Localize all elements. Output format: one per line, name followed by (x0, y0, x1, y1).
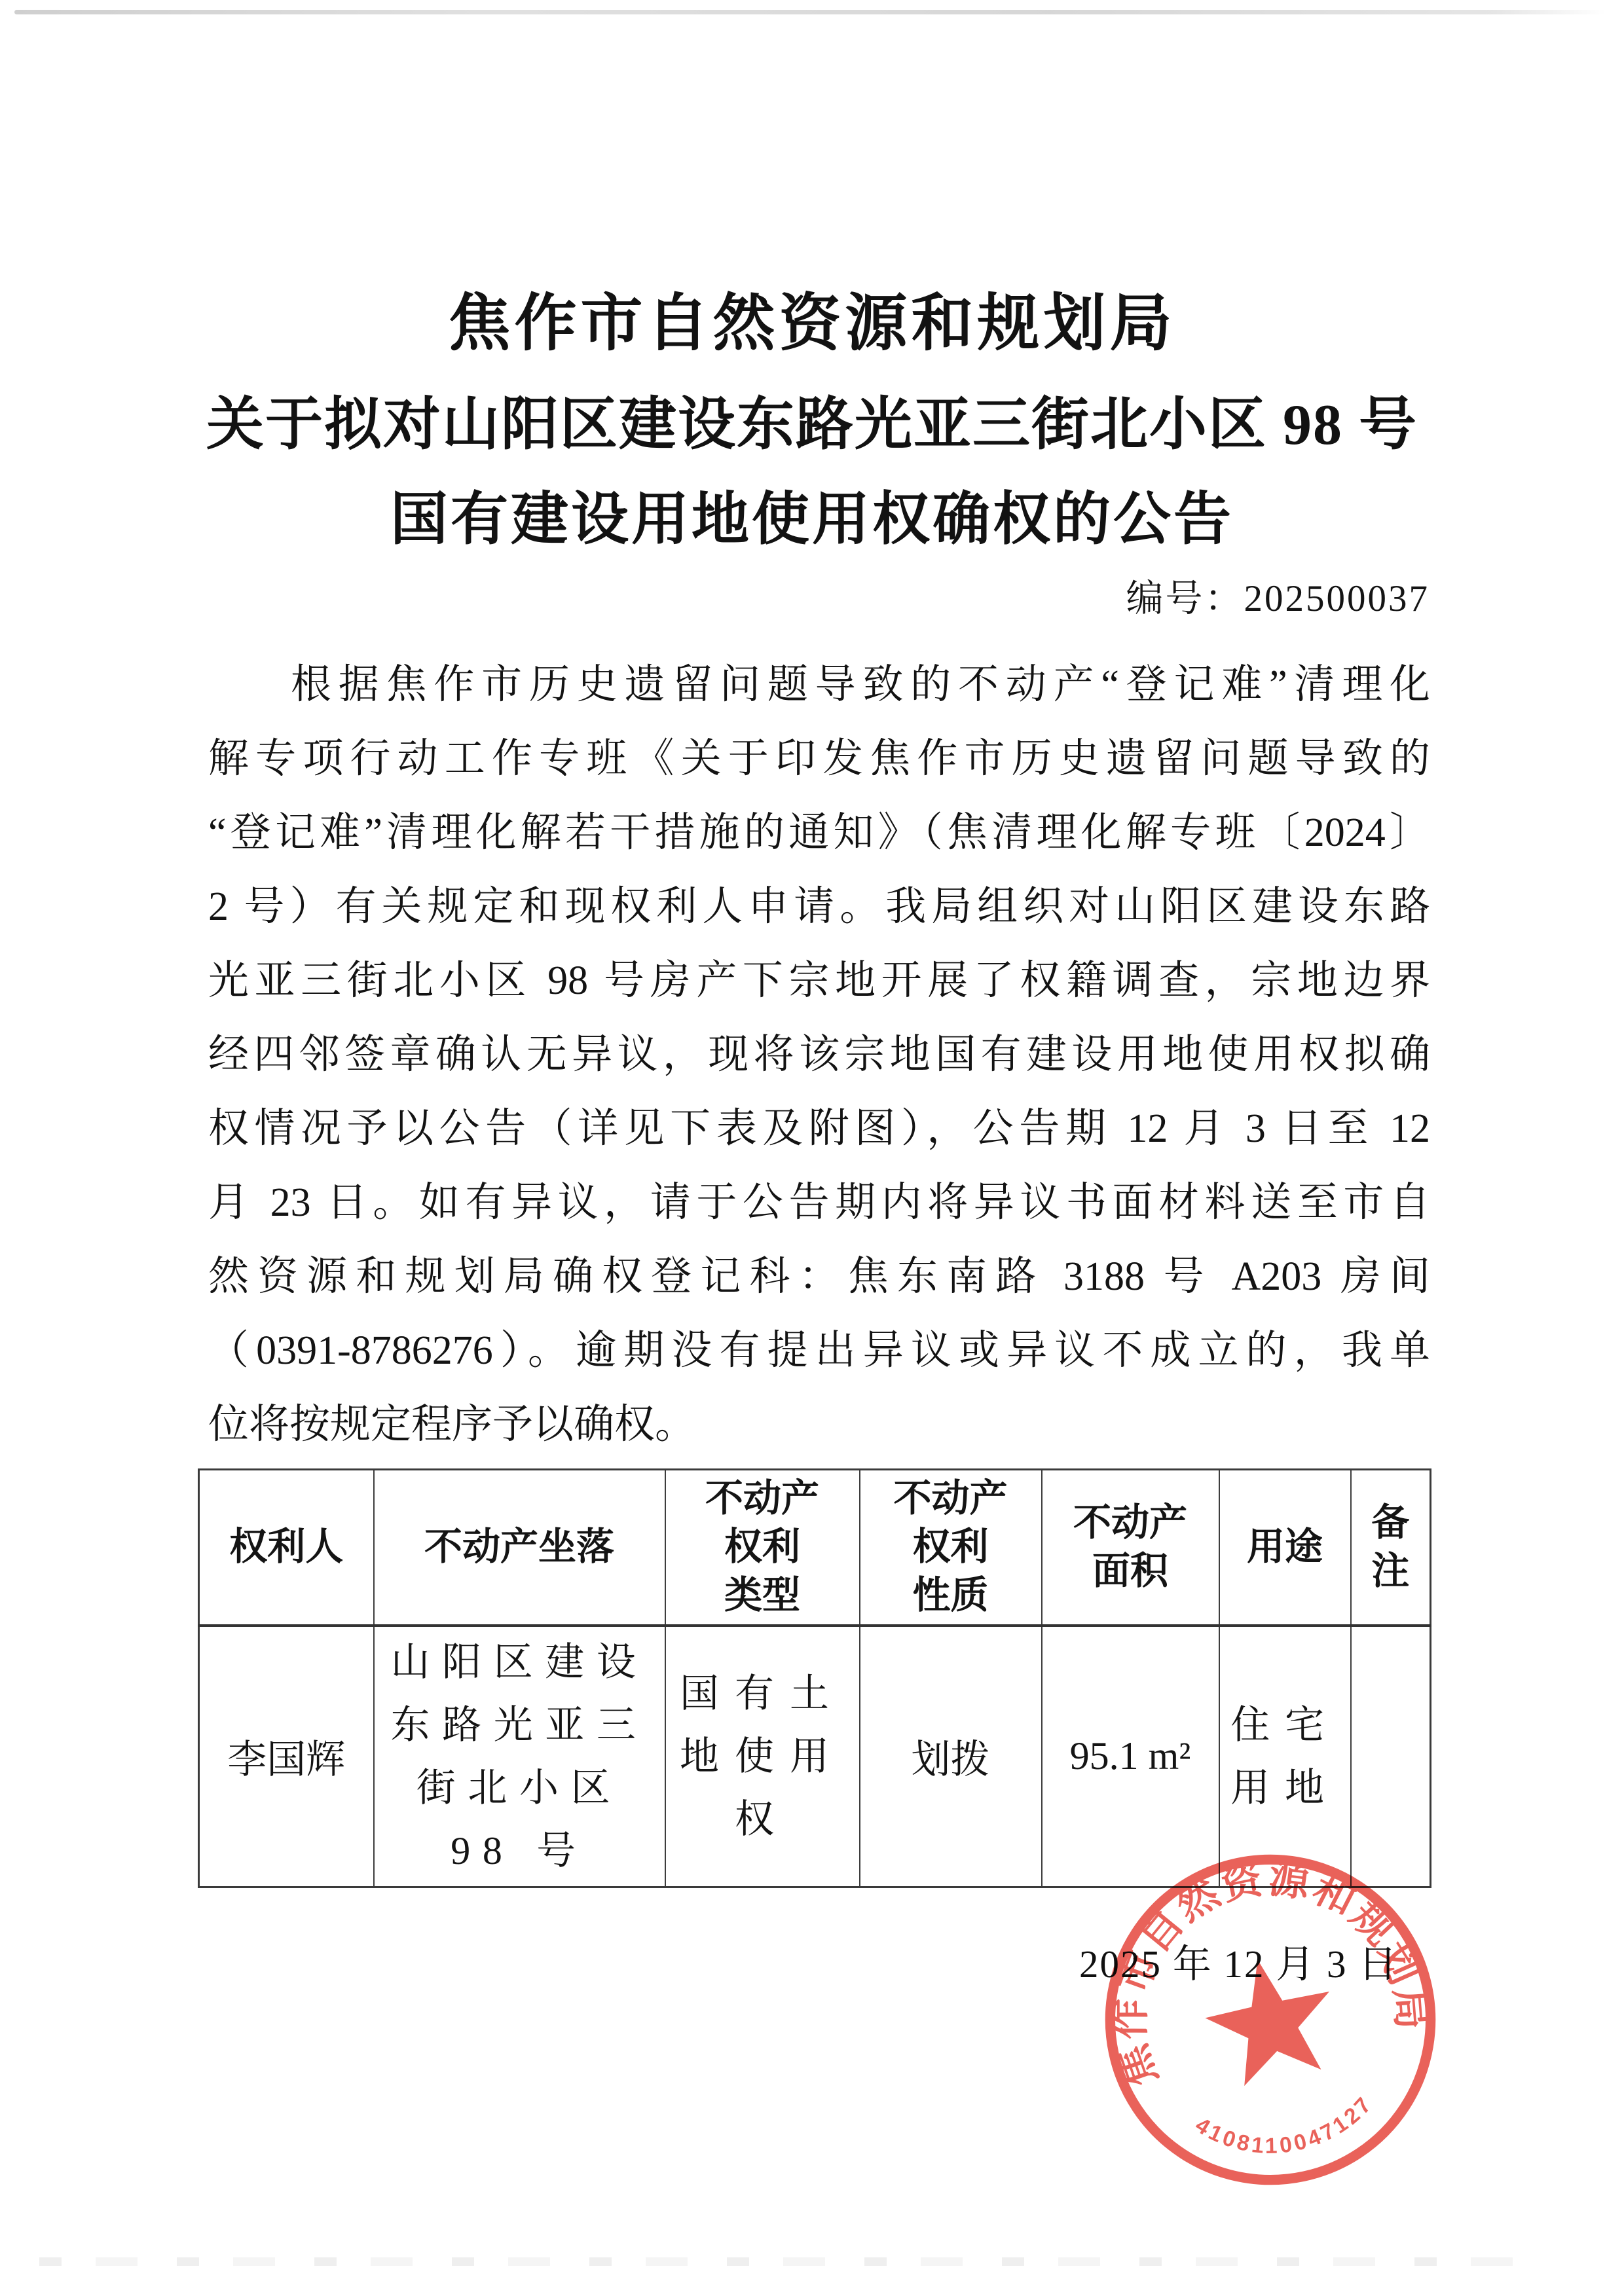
land-rights-table: 权利人 不动产坐落 不动产 权利 类型 不动产 权利 性质 不动产 面积 用途 … (198, 1468, 1431, 1888)
cell-property-location: 山阳区建设东路光亚三街北小区 98 号 (374, 1626, 665, 1887)
seal-star-icon (1196, 1946, 1345, 2091)
body-line: 经四邻签章确认无异议，现将该宗地国有建设用地使用权拟确 (208, 1018, 1430, 1092)
header-remarks: 备 注 (1351, 1470, 1431, 1626)
cell-right-nature: 划拨 (860, 1626, 1042, 1887)
announcement-body: 根据焦作市历史遗留问题导致的不动产“登记难”清理化 解专项行动工作专班《关于印发… (208, 648, 1430, 1462)
header-right-nature: 不动产 权利 性质 (860, 1470, 1042, 1626)
header-land-use: 用途 (1219, 1470, 1351, 1626)
header-property-location: 不动产坐落 (374, 1470, 665, 1626)
announcement-document-page: 焦作市自然资源和规划局 关于拟对山阳区建设东路光亚三街北小区 98 号 国有建设… (0, 0, 1624, 2296)
scan-artifact-bottom-noise (39, 2257, 1539, 2266)
header-right-holder: 权利人 (199, 1470, 374, 1626)
cell-right-type: 国有土地使用权 (665, 1626, 860, 1887)
body-line: 然资源和规划局确权登记科：焦东南路 3188 号 A203 房间 (208, 1240, 1430, 1314)
body-line: 月 23 日。如有异议，请于公告期内将异议书面材料送至市自 (208, 1166, 1430, 1240)
body-line: 位将按规定程序予以确权。 (208, 1388, 1430, 1462)
body-line: “登记难”清理化解若干措施的通知》（焦清理化解专班〔2024〕 (208, 796, 1430, 870)
table-header-row: 权利人 不动产坐落 不动产 权利 类型 不动产 权利 性质 不动产 面积 用途 … (199, 1470, 1431, 1626)
document-number: 编号：202500037 (1126, 568, 1430, 622)
header-property-area: 不动产 面积 (1042, 1470, 1219, 1626)
scan-artifact-top-line (14, 10, 1606, 14)
header-right-type: 不动产 权利 类型 (665, 1470, 860, 1626)
body-line: （0391-8786276）。逾期没有提出异议或异议不成立的，我单 (208, 1314, 1430, 1388)
body-line: 权情况予以公告（详见下表及附图），公告期 12 月 3 日至 12 (208, 1092, 1430, 1166)
document-title-type: 国有建设用地使用权确权的公告 (0, 473, 1624, 556)
body-line: 根据焦作市历史遗留问题导致的不动产“登记难”清理化 (208, 648, 1430, 722)
body-line: 2 号）有关规定和现权利人申请。我局组织对山阳区建设东路 (208, 870, 1430, 944)
cell-right-holder: 李国辉 (199, 1626, 374, 1887)
document-title-subject: 关于拟对山阳区建设东路光亚三街北小区 98 号 (0, 378, 1624, 461)
official-seal: 焦作市自然资源和规划局 4108110047127 (1097, 1846, 1444, 2193)
body-line: 光亚三街北小区 98 号房产下宗地开展了权籍调查，宗地边界 (208, 944, 1430, 1018)
body-line: 解专项行动工作专班《关于印发焦作市历史遗留问题导致的 (208, 722, 1430, 796)
document-title-authority: 焦作市自然资源和规划局 (0, 274, 1624, 363)
seal-code-text: 4108110047127 (1187, 2077, 1384, 2177)
svg-text:4108110047127: 4108110047127 (1187, 2077, 1384, 2177)
